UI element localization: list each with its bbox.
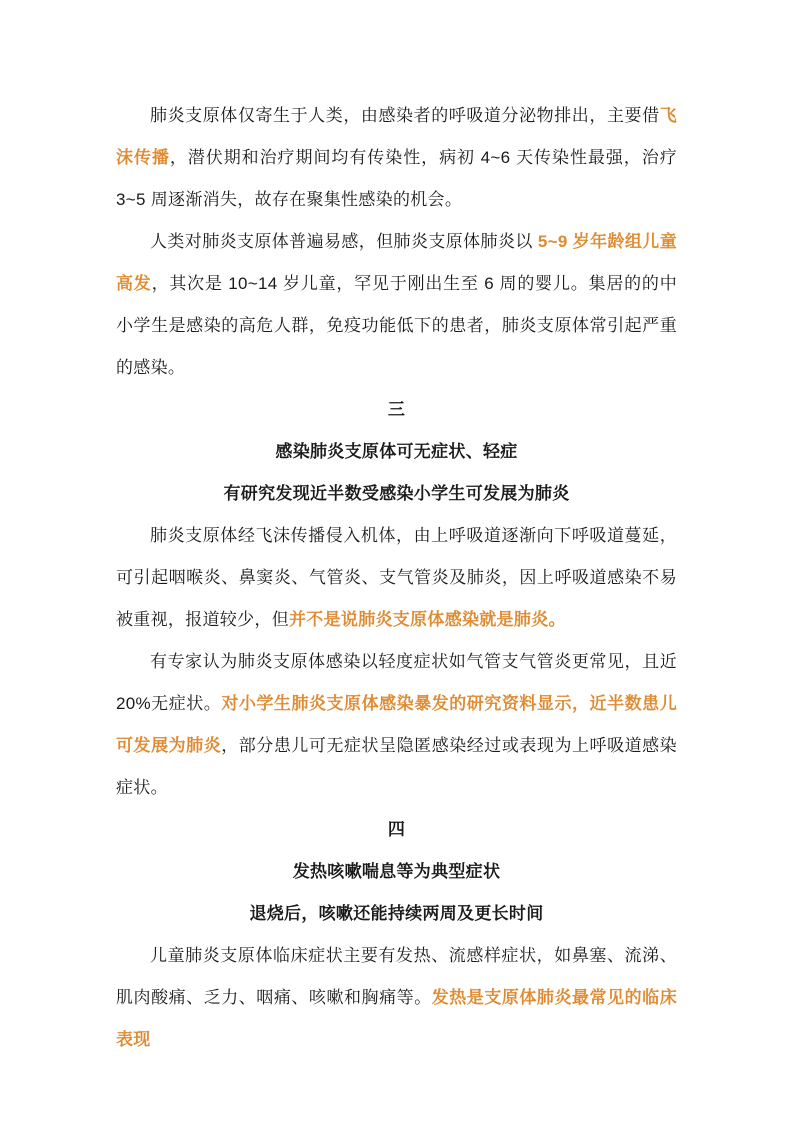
- document-body: 肺炎支原体仅寄生于人类，由感染者的呼吸道分泌物排出，主要借飞沫传播，潜伏期和治疗…: [116, 95, 677, 1061]
- text-run: 发热咳嗽喘息等为典型症状: [293, 862, 501, 881]
- section-number: 三: [116, 389, 677, 431]
- paragraph: 儿童肺炎支原体临床症状主要有发热、流感样症状，如鼻塞、流涕、肌肉酸痛、乏力、咽痛…: [116, 935, 677, 1061]
- text-run: 人类对肺炎支原体普遍易感，但肺炎支原体肺炎以: [150, 232, 538, 251]
- highlighted-text: 并不是说肺炎支原体感染就是肺炎。: [289, 610, 566, 629]
- paragraph: 有专家认为肺炎支原体感染以轻度症状如气管支气管炎更常见，且近 20%无症状。对小…: [116, 641, 677, 809]
- text-run: 退烧后，咳嗽还能持续两周及更长时间: [249, 904, 543, 923]
- text-run: ，潜伏期和治疗期间均有传染性，病初 4~6 天传染性最强，治疗 3~5 周逐渐消…: [116, 148, 677, 209]
- section-heading: 发热咳嗽喘息等为典型症状: [116, 851, 677, 893]
- text-run: 肺炎支原体仅寄生于人类，由感染者的呼吸道分泌物排出，主要借: [150, 106, 660, 125]
- section-heading: 退烧后，咳嗽还能持续两周及更长时间: [116, 893, 677, 935]
- text-run: 三: [388, 400, 405, 419]
- paragraph: 人类对肺炎支原体普遍易感，但肺炎支原体肺炎以 5~9 岁年龄组儿童高发，其次是 …: [116, 221, 677, 389]
- section-heading: 感染肺炎支原体可无症状、轻症: [116, 431, 677, 473]
- text-run: ，其次是 10~14 岁儿童，罕见于刚出生至 6 周的婴儿。集居的的中小学生是感…: [116, 274, 677, 377]
- article-page: 肺炎支原体仅寄生于人类，由感染者的呼吸道分泌物排出，主要借飞沫传播，潜伏期和治疗…: [0, 0, 793, 1122]
- text-run: 感染肺炎支原体可无症状、轻症: [275, 442, 517, 461]
- paragraph: 肺炎支原体经飞沫传播侵入机体，由上呼吸道逐渐向下呼吸道蔓延，可引起咽喉炎、鼻窦炎…: [116, 515, 677, 641]
- paragraph: 肺炎支原体仅寄生于人类，由感染者的呼吸道分泌物排出，主要借飞沫传播，潜伏期和治疗…: [116, 95, 677, 221]
- section-number: 四: [116, 809, 677, 851]
- text-run: 有研究发现近半数受感染小学生可发展为肺炎: [224, 484, 570, 503]
- section-heading: 有研究发现近半数受感染小学生可发展为肺炎: [116, 473, 677, 515]
- text-run: 四: [388, 820, 405, 839]
